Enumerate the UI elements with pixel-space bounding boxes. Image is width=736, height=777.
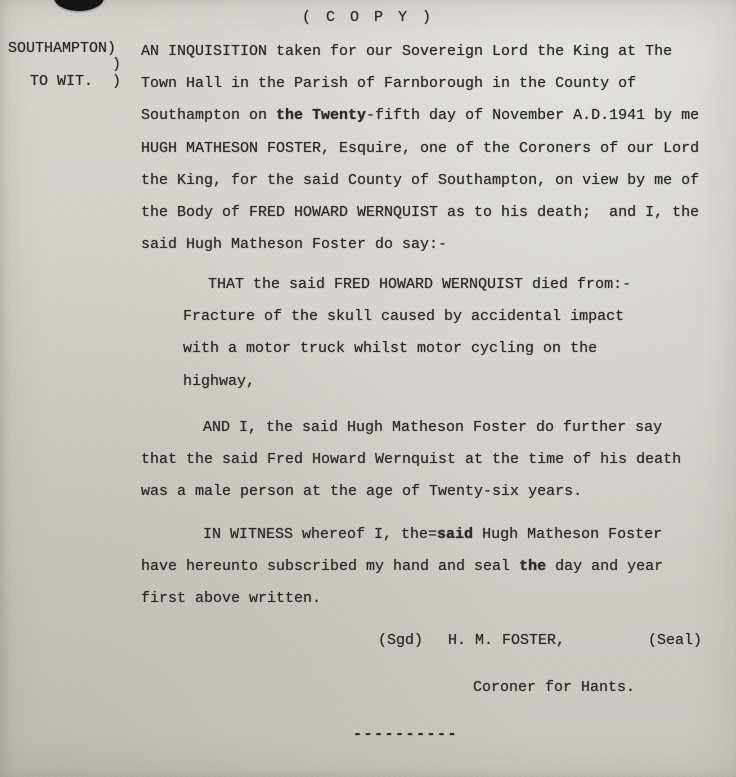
text-line: Fracture of the skull caused by accident…	[183, 301, 631, 333]
signature-name: H. M. FOSTER,	[448, 632, 565, 649]
text-line: THAT the said FRED HOWARD WERNQUIST died…	[183, 269, 631, 301]
brace-middle-icon: )	[112, 56, 121, 73]
paragraph-witness: IN WITNESS whereof I, the=said Hugh Math…	[141, 519, 663, 616]
text-line: first above written.	[141, 583, 663, 615]
signature-seal: (Seal)	[648, 632, 702, 649]
brace-bottom-icon: )	[112, 73, 121, 90]
text-line: with a motor truck whilst motor cycling …	[183, 333, 631, 365]
copy-header: ( C O P Y )	[0, 9, 736, 26]
text-line: the Body of FRED HOWARD WERNQUIST as to …	[141, 197, 699, 229]
text-line: have hereunto subscribed my hand and sea…	[141, 551, 663, 583]
text-line: said Hugh Matheson Foster do say:-	[141, 229, 699, 261]
signature-title: Coroner for Hants.	[473, 679, 635, 696]
text-line: that the said Fred Howard Wernquist at t…	[141, 444, 681, 476]
paragraph-cause-of-death: THAT the said FRED HOWARD WERNQUIST died…	[183, 269, 631, 398]
jurisdiction-county: SOUTHAMPTON)	[8, 40, 116, 57]
jurisdiction-to-wit: TO WIT.	[30, 73, 93, 90]
text-line: highway,	[183, 366, 631, 398]
text-line: was a male person at the age of Twenty-s…	[141, 476, 681, 508]
paragraph-inquisition: AN INQUISITION taken for our Sovereign L…	[141, 36, 699, 261]
document-page: ( C O P Y ) SOUTHAMPTON) ) TO WIT. ) AN …	[0, 0, 736, 777]
paragraph-further-say: AND I, the said Hugh Matheson Foster do …	[141, 412, 681, 509]
text-line: HUGH MATHESON FOSTER, Esquire, one of th…	[141, 133, 699, 165]
signature-sgd: (Sgd)	[378, 632, 423, 649]
text-line: IN WITNESS whereof I, the=said Hugh Math…	[141, 519, 663, 551]
text-line: Southampton on the Twenty-fifth day of N…	[141, 100, 699, 132]
text-line: the King, for the said County of Southam…	[141, 165, 699, 197]
end-rule: ----------	[353, 726, 458, 743]
text-line: AN INQUISITION taken for our Sovereign L…	[141, 36, 699, 68]
text-line: Town Hall in the Parish of Farnborough i…	[141, 68, 699, 100]
text-line: AND I, the said Hugh Matheson Foster do …	[141, 412, 681, 444]
